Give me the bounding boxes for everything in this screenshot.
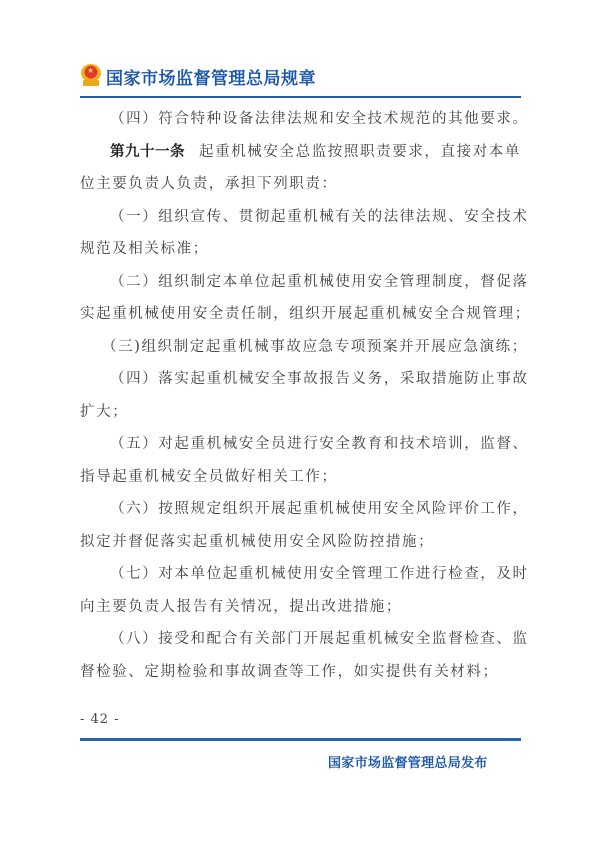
line-text: 拟定并督促落实起重机械使用安全风险防控措施；	[80, 534, 434, 550]
paragraph-line: 督检验、定期检验和事故调查等工作，如实提供有关材料；	[80, 656, 521, 689]
national-emblem-icon: ★	[80, 64, 102, 88]
article-heading: 第九十一条	[110, 144, 185, 160]
paragraph-line: （七）对本单位起重机械使用安全管理工作进行检查，及时	[80, 558, 521, 591]
header-divider	[80, 96, 521, 98]
paragraph-line: 扩大；	[80, 396, 521, 429]
paragraph-line: 拟定并督促落实起重机械使用安全风险防控措施；	[80, 526, 521, 559]
paragraph-line: 实起重机械使用安全责任制，组织开展起重机械安全合规管理；	[80, 298, 521, 331]
line-text: 起重机械安全总监按照职责要求，直接对本单	[199, 144, 521, 160]
paragraph-line: 向主要负责人报告有关情况，提出改进措施；	[80, 591, 521, 624]
line-text: （四）落实起重机械安全事故报告义务，采取措施防止事故	[110, 371, 529, 387]
paragraph-line: 位主要负责人负责，承担下列职责：	[80, 168, 521, 201]
line-text: 指导起重机械安全员做好相关工作；	[80, 469, 338, 485]
line-text: （七）对本单位起重机械使用安全管理工作进行检查，及时	[110, 566, 529, 582]
page-header: ★ 国家市场监督管理总局规章	[80, 62, 316, 90]
paragraph-line: （一）组织宣传、贯彻起重机械有关的法律法规、安全技术	[80, 201, 521, 234]
paragraph-line: （八）接受和配合有关部门开展起重机械安全监督检查、监	[80, 623, 521, 656]
footer-divider	[80, 738, 521, 741]
footer-publisher: 国家市场监督管理总局发布	[328, 752, 488, 771]
article-line: 第九十一条起重机械安全总监按照职责要求，直接对本单	[80, 136, 521, 169]
paragraph-line: （三)组织制定起重机械事故应急专项预案并开展应急演练；	[80, 331, 521, 364]
paragraph-line: （四）符合特种设备法律法规和安全技术规范的其他要求。	[80, 103, 521, 136]
paragraph-line: （六）按照规定组织开展起重机械使用安全风险评价工作，	[80, 493, 521, 526]
paragraph-line: （五）对起重机械安全员进行安全教育和技术培训，监督、	[80, 428, 521, 461]
line-text: 扩大；	[80, 404, 128, 420]
line-text: 位主要负责人负责，承担下列职责：	[80, 176, 338, 192]
line-text: （一）组织宣传、贯彻起重机械有关的法律法规、安全技术	[110, 209, 529, 225]
line-text: （四）符合特种设备法律法规和安全技术规范的其他要求。	[110, 111, 529, 127]
header-title: 国家市场监督管理总局规章	[106, 64, 316, 89]
paragraph-line: 指导起重机械安全员做好相关工作；	[80, 461, 521, 494]
paragraph-line: （二）组织制定本单位起重机械使用安全管理制度，督促落	[80, 266, 521, 299]
line-text: （二）组织制定本单位起重机械使用安全管理制度，督促落	[110, 274, 529, 290]
line-text: 督检验、定期检验和事故调查等工作，如实提供有关材料；	[80, 664, 499, 680]
line-text: （三)组织制定起重机械事故应急专项预案并开展应急演练；	[102, 339, 528, 355]
line-text: （五）对起重机械安全员进行安全教育和技术培训，监督、	[110, 436, 529, 452]
document-body: （四）符合特种设备法律法规和安全技术规范的其他要求。 第九十一条起重机械安全总监…	[80, 103, 521, 688]
line-text: （八）接受和配合有关部门开展起重机械安全监督检查、监	[110, 631, 529, 647]
paragraph-line: （四）落实起重机械安全事故报告义务，采取措施防止事故	[80, 363, 521, 396]
paragraph-line: 规范及相关标准；	[80, 233, 521, 266]
line-text: 向主要负责人报告有关情况，提出改进措施；	[80, 599, 402, 615]
line-text: 规范及相关标准；	[80, 241, 209, 257]
page-number: - 42 -	[80, 712, 120, 727]
line-text: 实起重机械使用安全责任制，组织开展起重机械安全合规管理；	[80, 306, 531, 322]
line-text: （六）按照规定组织开展起重机械使用安全风险评价工作，	[110, 501, 529, 517]
